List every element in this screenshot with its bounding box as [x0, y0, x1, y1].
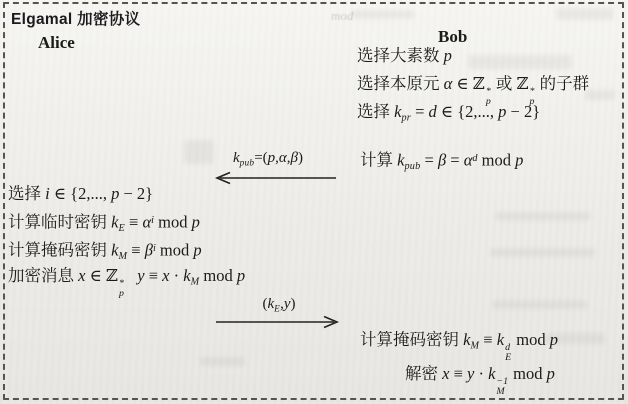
alice-step-encrypt-message: 加密消息 x ∈ ℤ*p y ≡ x · kM mod p	[8, 262, 245, 289]
bob-step-choose-prime: 选择大素数 p	[357, 42, 589, 70]
alice-steps: 选择 i ∈ {2,..., p − 2} 计算临时密钥 kE ≡ αi mod…	[8, 180, 245, 289]
figure-title: Elgamal 加密协议	[11, 7, 140, 29]
scanned-page: mod Elgamal 加密协议 Alice Bob 选择大素数 p 选择本原元…	[0, 0, 628, 404]
bob-setup-steps: 选择大素数 p 选择本原元 α ∈ ℤ*p 或 ℤ*p 的子群 选择 kpr =…	[357, 42, 589, 126]
scan-bleed-text: mod	[331, 8, 353, 24]
scan-artifact	[556, 8, 614, 20]
scan-artifact	[490, 248, 595, 257]
bob-step-decrypt: 解密 x ≡ y · k−1M mod p	[405, 361, 555, 396]
bob-step-choose-generator: 选择本原元 α ∈ ℤ*p 或 ℤ*p 的子群	[357, 70, 589, 98]
message2-label: (kE,y)	[216, 296, 342, 314]
scan-artifact	[585, 90, 615, 100]
bob-step-recover-masking-key: 计算掩码密钥 kM ≡ kdE mod p	[360, 327, 558, 362]
alice-step-ephemeral-key: 计算临时密钥 kE ≡ αi mod p	[8, 207, 245, 234]
scan-artifact	[492, 300, 587, 309]
scan-artifact	[200, 357, 245, 366]
scan-artifact	[352, 10, 414, 19]
scan-artifact	[495, 212, 590, 221]
alice-step-choose-i: 选择 i ∈ {2,..., p − 2}	[8, 180, 245, 207]
bob-step-choose-private-key: 选择 kpr = d ∈ {2,..., p − 2}	[357, 98, 589, 126]
alice-column-header: Alice	[38, 33, 75, 53]
arrow-right-icon	[215, 314, 343, 330]
alice-step-masking-key: 计算掩码密钥 kM ≡ βi mod p	[8, 235, 245, 262]
message1-label: kpub=(p,α,β)	[203, 150, 333, 168]
bob-step-compute-public-key: 计算 kpub = β = αd mod p	[360, 146, 523, 180]
